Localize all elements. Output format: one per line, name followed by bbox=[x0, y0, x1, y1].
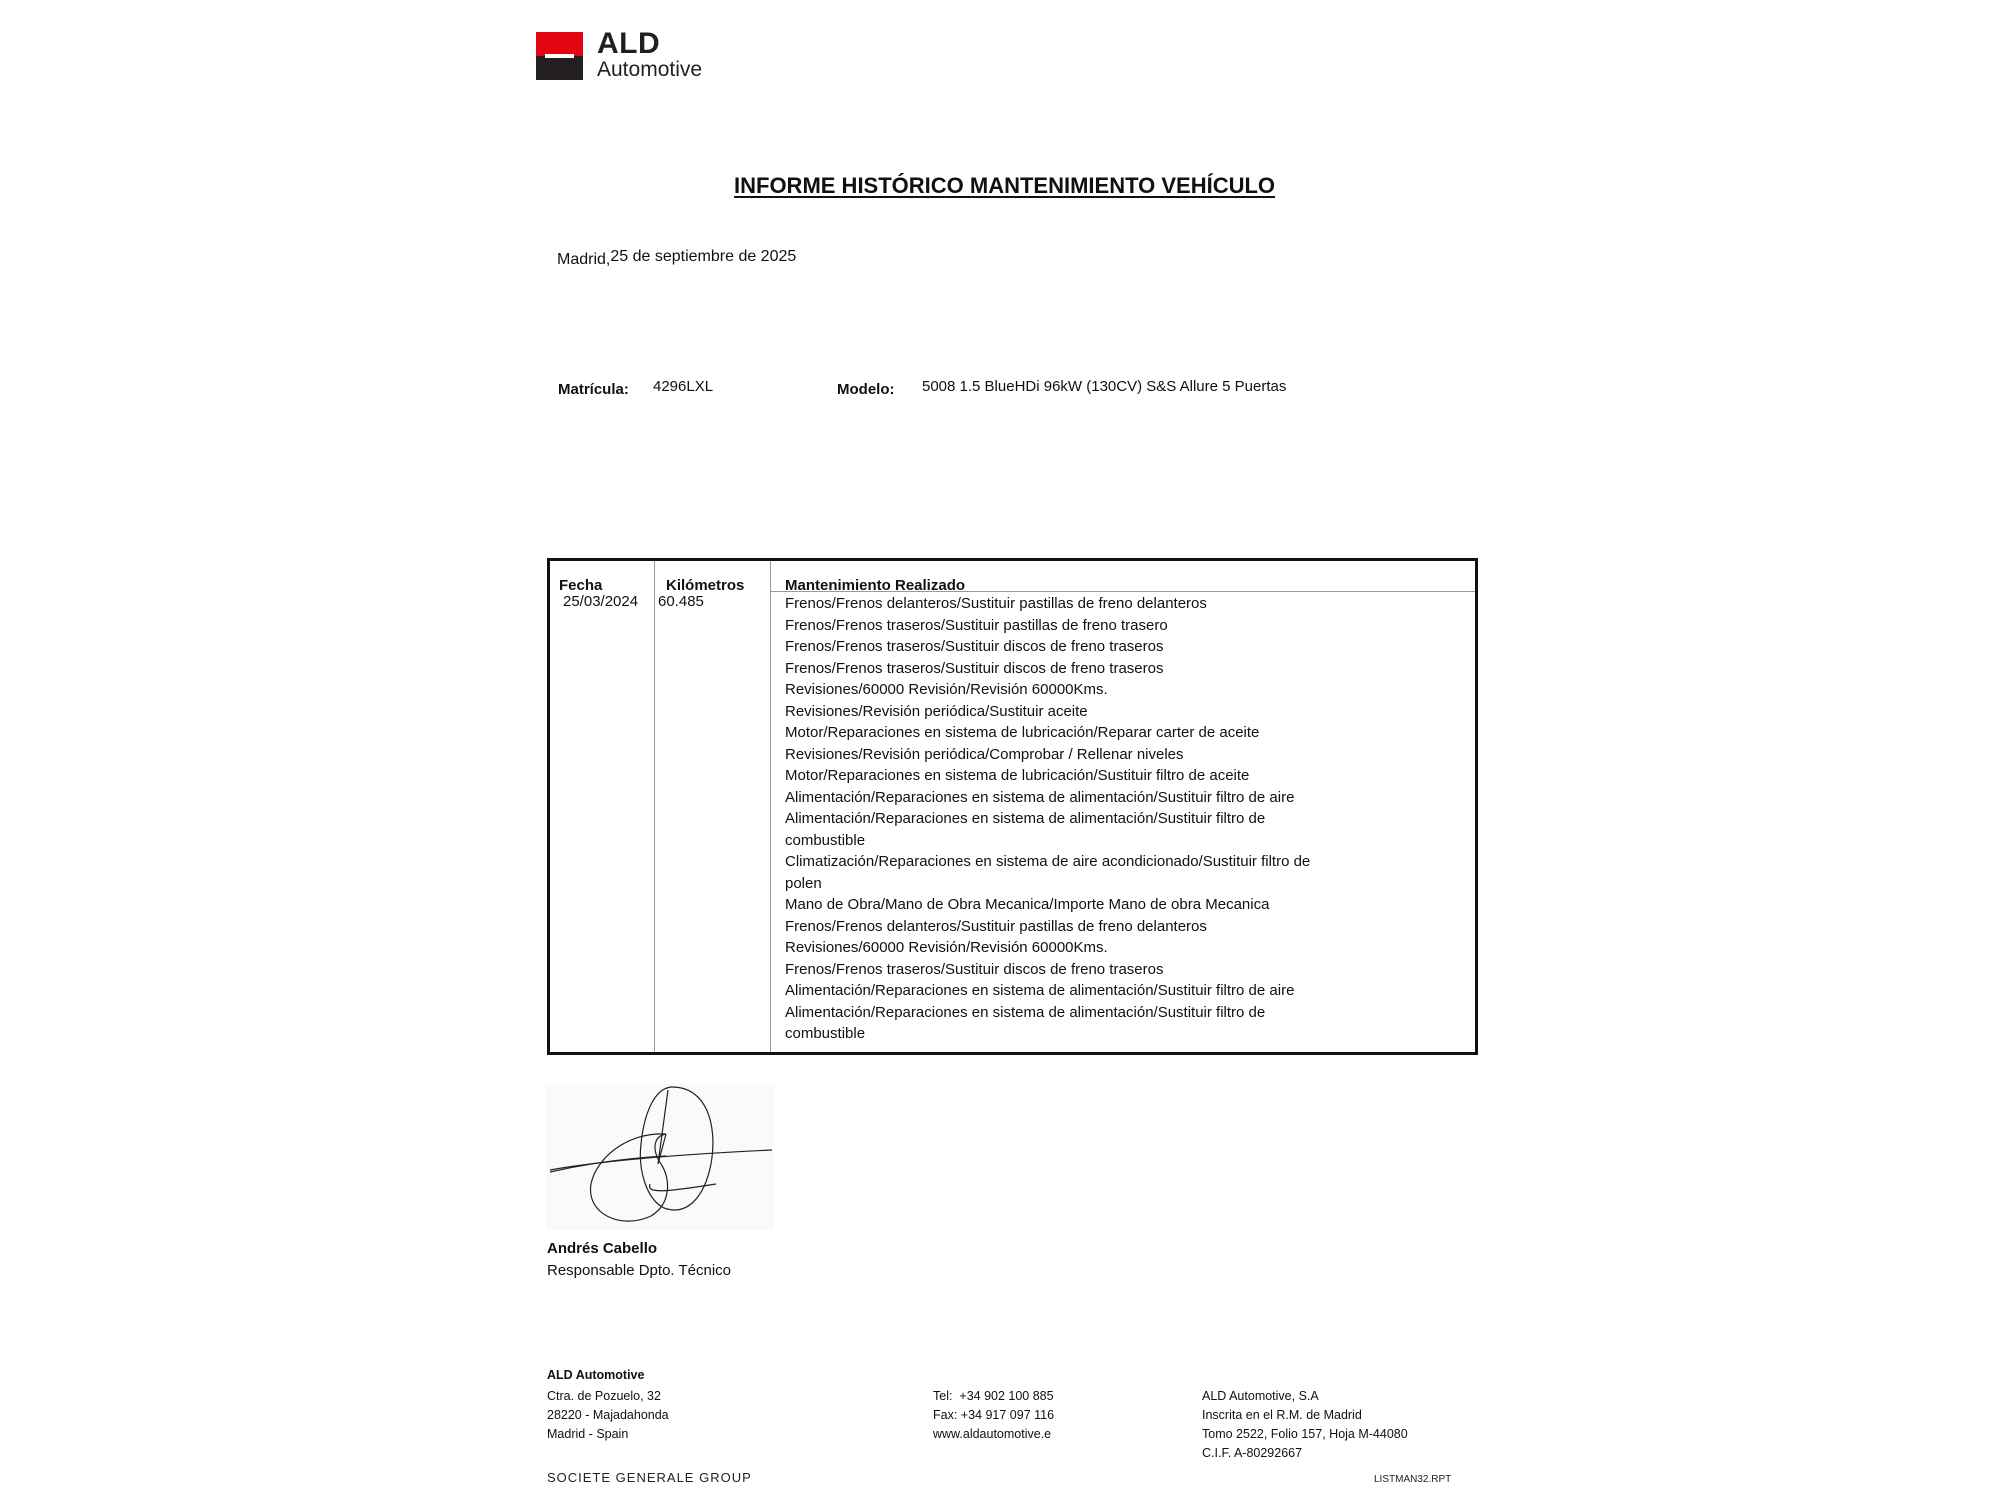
date-city: Madrid, bbox=[557, 251, 610, 268]
maintenance-item: Alimentación/Reparaciones en sistema de … bbox=[785, 787, 1385, 809]
legal-line: C.I.F. A-80292667 bbox=[1202, 1444, 1408, 1463]
maintenance-item: Revisiones/60000 Revisión/Revisión 60000… bbox=[785, 679, 1385, 701]
maintenance-item: combustible bbox=[785, 830, 1385, 852]
column-divider bbox=[770, 561, 771, 1052]
plate-label: Matrícula: bbox=[558, 381, 629, 398]
maintenance-item: Frenos/Frenos traseros/Sustituir discos … bbox=[785, 658, 1385, 680]
maintenance-item: Alimentación/Reparaciones en sistema de … bbox=[785, 980, 1385, 1002]
plate-value: 4296LXL bbox=[653, 378, 713, 395]
fax: Fax: +34 917 097 116 bbox=[933, 1406, 1054, 1425]
phone: Tel: +34 902 100 885 bbox=[933, 1387, 1054, 1406]
maintenance-item: Climatización/Reparaciones en sistema de… bbox=[785, 851, 1385, 873]
maintenance-item: combustible bbox=[785, 1023, 1385, 1045]
maintenance-item: Frenos/Frenos delanteros/Sustituir pasti… bbox=[785, 593, 1385, 615]
signatory-name: Andrés Cabello bbox=[547, 1240, 657, 1257]
maintenance-item: Revisiones/60000 Revisión/Revisión 60000… bbox=[785, 937, 1385, 959]
logo-text-ald: ALD bbox=[597, 28, 660, 60]
maintenance-items-list: Frenos/Frenos delanteros/Sustituir pasti… bbox=[785, 593, 1385, 1045]
address-line: Ctra. de Pozuelo, 32 bbox=[547, 1387, 669, 1406]
maintenance-item: Revisiones/Revisión periódica/Sustituir … bbox=[785, 701, 1385, 723]
date-value: 25 de septiembre de 2025 bbox=[610, 248, 796, 265]
maintenance-item: Alimentación/Reparaciones en sistema de … bbox=[785, 1002, 1385, 1024]
maintenance-item: Alimentación/Reparaciones en sistema de … bbox=[785, 808, 1385, 830]
maintenance-item: Frenos/Frenos traseros/Sustituir discos … bbox=[785, 959, 1385, 981]
maintenance-item: Mano de Obra/Mano de Obra Mecanica/Impor… bbox=[785, 894, 1385, 916]
footer-legal: ALD Automotive, S.A Inscrita en el R.M. … bbox=[1202, 1387, 1408, 1463]
header-mantenimiento: Mantenimiento Realizado bbox=[785, 577, 965, 594]
legal-line: Tomo 2522, Folio 157, Hoja M-44080 bbox=[1202, 1425, 1408, 1444]
maintenance-item: Revisiones/Revisión periódica/Comprobar … bbox=[785, 744, 1385, 766]
maintenance-table: Fecha Kilómetros Mantenimiento Realizado… bbox=[547, 558, 1478, 1055]
row-date: 25/03/2024 bbox=[563, 593, 638, 610]
model-label: Modelo: bbox=[837, 381, 895, 398]
website-link[interactable]: www.aldautomotive.e bbox=[933, 1425, 1054, 1444]
legal-line: Inscrita en el R.M. de Madrid bbox=[1202, 1406, 1408, 1425]
group-name: SOCIETE GENERALE GROUP bbox=[547, 1470, 752, 1485]
maintenance-item: Motor/Reparaciones en sistema de lubrica… bbox=[785, 765, 1385, 787]
maintenance-item: polen bbox=[785, 873, 1385, 895]
address-line: 28220 - Majadahonda bbox=[547, 1406, 669, 1425]
maintenance-item: Frenos/Frenos delanteros/Sustituir pasti… bbox=[785, 916, 1385, 938]
signature-icon bbox=[546, 1084, 774, 1230]
ald-logo-mark bbox=[536, 32, 583, 80]
row-km: 60.485 bbox=[658, 593, 704, 610]
page-title: INFORME HISTÓRICO MANTENIMIENTO VEHÍCULO bbox=[734, 173, 1275, 199]
date-line: Madrid,25 de septiembre de 2025 bbox=[557, 248, 796, 266]
maintenance-item: Frenos/Frenos traseros/Sustituir pastill… bbox=[785, 615, 1385, 637]
signature-image bbox=[546, 1084, 774, 1230]
report-code: LISTMAN32.RPT bbox=[1374, 1474, 1451, 1485]
logo-text-automotive: Automotive bbox=[597, 58, 702, 82]
footer-address: Ctra. de Pozuelo, 32 28220 - Majadahonda… bbox=[547, 1387, 669, 1444]
footer-company: ALD Automotive bbox=[547, 1368, 644, 1382]
signatory-role: Responsable Dpto. Técnico bbox=[547, 1262, 731, 1279]
address-line: Madrid - Spain bbox=[547, 1425, 669, 1444]
footer-contact: Tel: +34 902 100 885 Fax: +34 917 097 11… bbox=[933, 1387, 1054, 1444]
model-value: 5008 1.5 BlueHDi 96kW (130CV) S&S Allure… bbox=[922, 378, 1286, 395]
legal-line: ALD Automotive, S.A bbox=[1202, 1387, 1408, 1406]
header-kilometros: Kilómetros bbox=[666, 577, 744, 594]
maintenance-item: Frenos/Frenos traseros/Sustituir discos … bbox=[785, 636, 1385, 658]
header-fecha: Fecha bbox=[559, 577, 602, 594]
column-divider bbox=[654, 561, 655, 1052]
maintenance-item: Motor/Reparaciones en sistema de lubrica… bbox=[785, 722, 1385, 744]
